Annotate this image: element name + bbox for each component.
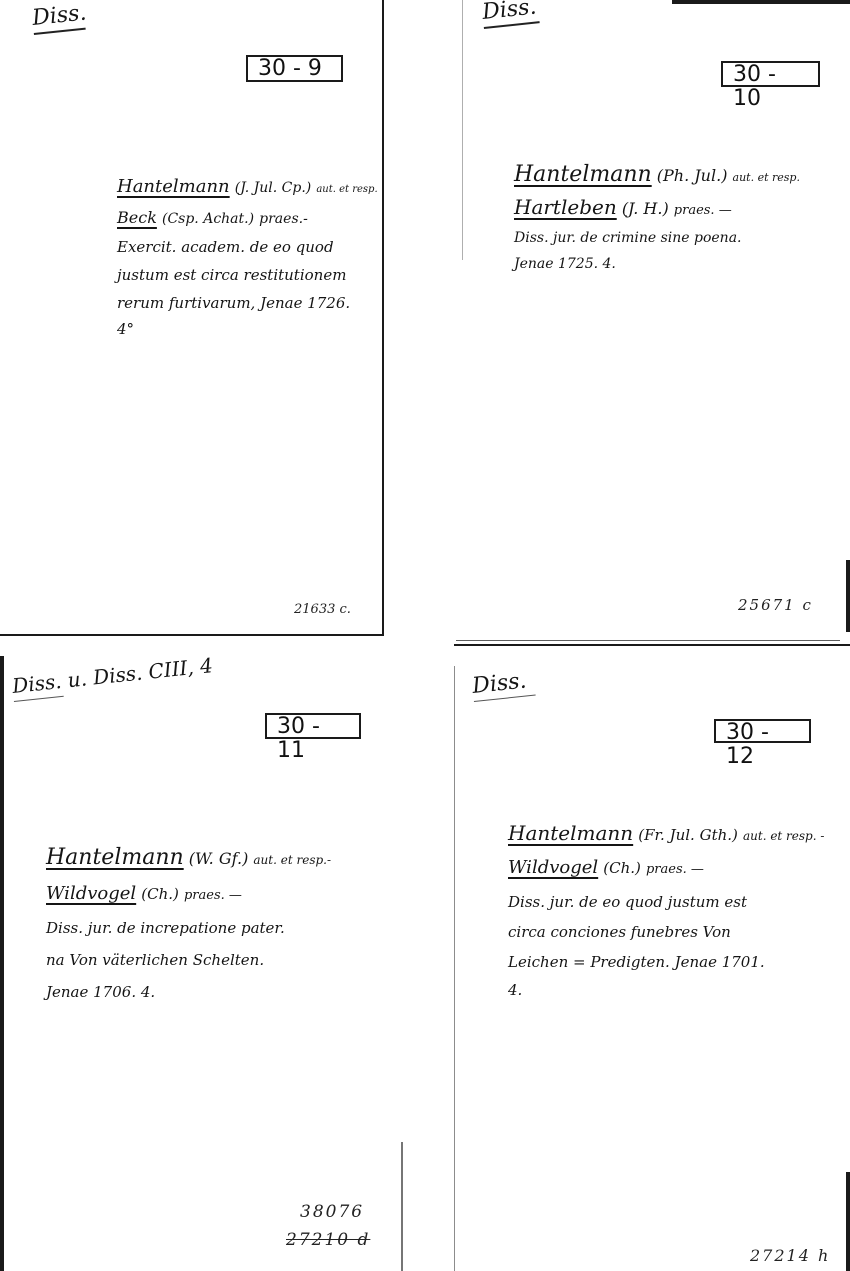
card-top-edge	[454, 644, 850, 646]
card-left-edge	[462, 0, 463, 260]
title-line: Diss. jur. de crimine sine poena.	[514, 225, 800, 251]
category-label: Diss. u. Diss. CIII, 4	[11, 653, 214, 702]
card-right-edge	[401, 1142, 403, 1271]
accession-number: 27214 h	[750, 1246, 830, 1265]
catalog-entry: Hantelmann (Ph. Jul.) aut. et resp. Hart…	[514, 160, 800, 277]
catalog-card-3: Diss. u. Diss. CIII, 4 30 - 11 Hantelman…	[0, 652, 403, 1271]
card-bottom-edge	[456, 640, 840, 641]
title-line: justum est circa restitutionem	[117, 261, 378, 289]
catalog-card-4: Diss. 30 - 12 Hantelmann (Fr. Jul. Gth.)…	[454, 652, 850, 1271]
author-initials: (J. Jul. Cp.)	[235, 180, 311, 196]
catalog-entry: Hantelmann (Fr. Jul. Gth.) aut. et resp.…	[508, 818, 824, 1003]
presider-name: Wildvogel	[508, 857, 598, 878]
presider-initials: (Csp. Achat.)	[162, 211, 254, 227]
author-initials: (Fr. Jul. Gth.)	[638, 826, 738, 844]
card-right-edge	[846, 560, 850, 632]
author-name: Hantelmann	[46, 845, 184, 870]
card-right-edge	[846, 1172, 850, 1271]
title-line: 4.	[508, 977, 824, 1003]
author-initials: (Ph. Jul.)	[657, 166, 728, 185]
author-role: aut. et resp.	[316, 184, 377, 195]
category-label: Diss.	[471, 668, 536, 702]
title-line: circa conciones funebres Von	[508, 917, 824, 947]
card-left-edge	[454, 666, 455, 1271]
category-label: Diss.	[481, 0, 540, 29]
title-line: na Von väterlichen Schelten.	[46, 944, 331, 976]
author-role: aut. et resp. -	[743, 829, 824, 843]
title-line: Jenae 1725. 4.	[514, 251, 800, 277]
title-line: Diss. jur. de eo quod justum est	[508, 887, 824, 917]
catalog-card-1: Diss. 30 - 9 Hantelmann (J. Jul. Cp.) au…	[0, 0, 384, 636]
accession-number: 25671 c	[738, 596, 813, 614]
presider-initials: (J. H.)	[622, 199, 669, 218]
catalog-card-2: Diss. 30 - 10 Hantelmann (Ph. Jul.) aut.…	[462, 0, 850, 641]
title-line: 4°	[117, 317, 378, 341]
card-right-edge	[382, 0, 384, 636]
title-line: Diss. jur. de increpatione pater.	[46, 912, 331, 944]
presider-initials: (Ch.)	[141, 885, 179, 903]
author-name: Hantelmann	[514, 162, 652, 187]
call-number: 30 - 11	[265, 713, 361, 739]
author-role: aut. et resp.-	[253, 853, 331, 867]
author-name: Hantelmann	[508, 821, 633, 845]
catalog-entry: Hantelmann (W. Gf.) aut. et resp.- Wildv…	[46, 840, 331, 1008]
title-line: Jenae 1706. 4.	[46, 976, 331, 1008]
title-line: Leichen = Predigten. Jenae 1701.	[508, 947, 824, 977]
accession-number-struck: 27210 d	[286, 1230, 370, 1250]
accession-number: 38076	[300, 1202, 364, 1222]
presider-role: praes.-	[259, 211, 308, 227]
title-line: rerum furtivarum, Jenae 1726.	[117, 289, 378, 317]
author-initials: (W. Gf.)	[189, 849, 249, 868]
presider-name: Wildvogel	[46, 883, 136, 904]
title-line: Exercit. academ. de eo quod	[117, 233, 378, 261]
accession-number: 21633 c.	[294, 602, 351, 617]
author-role: aut. et resp.	[733, 171, 800, 184]
card-left-edge	[0, 656, 4, 1271]
author-name: Hantelmann	[117, 176, 230, 197]
category-label: Diss.	[31, 0, 88, 35]
presider-role: praes. —	[184, 888, 242, 903]
card-bottom-edge	[0, 634, 384, 636]
presider-name: Hartleben	[514, 195, 617, 219]
presider-role: praes. —	[674, 203, 732, 218]
call-number: 30 - 12	[714, 719, 811, 743]
card-top-edge	[672, 0, 850, 4]
call-number: 30 - 10	[721, 61, 820, 87]
call-number: 30 - 9	[246, 55, 343, 82]
presider-name: Beck	[117, 208, 157, 227]
presider-initials: (Ch.)	[603, 859, 641, 877]
presider-role: praes. —	[646, 862, 704, 877]
catalog-entry: Hantelmann (J. Jul. Cp.) aut. et resp. B…	[117, 173, 378, 341]
